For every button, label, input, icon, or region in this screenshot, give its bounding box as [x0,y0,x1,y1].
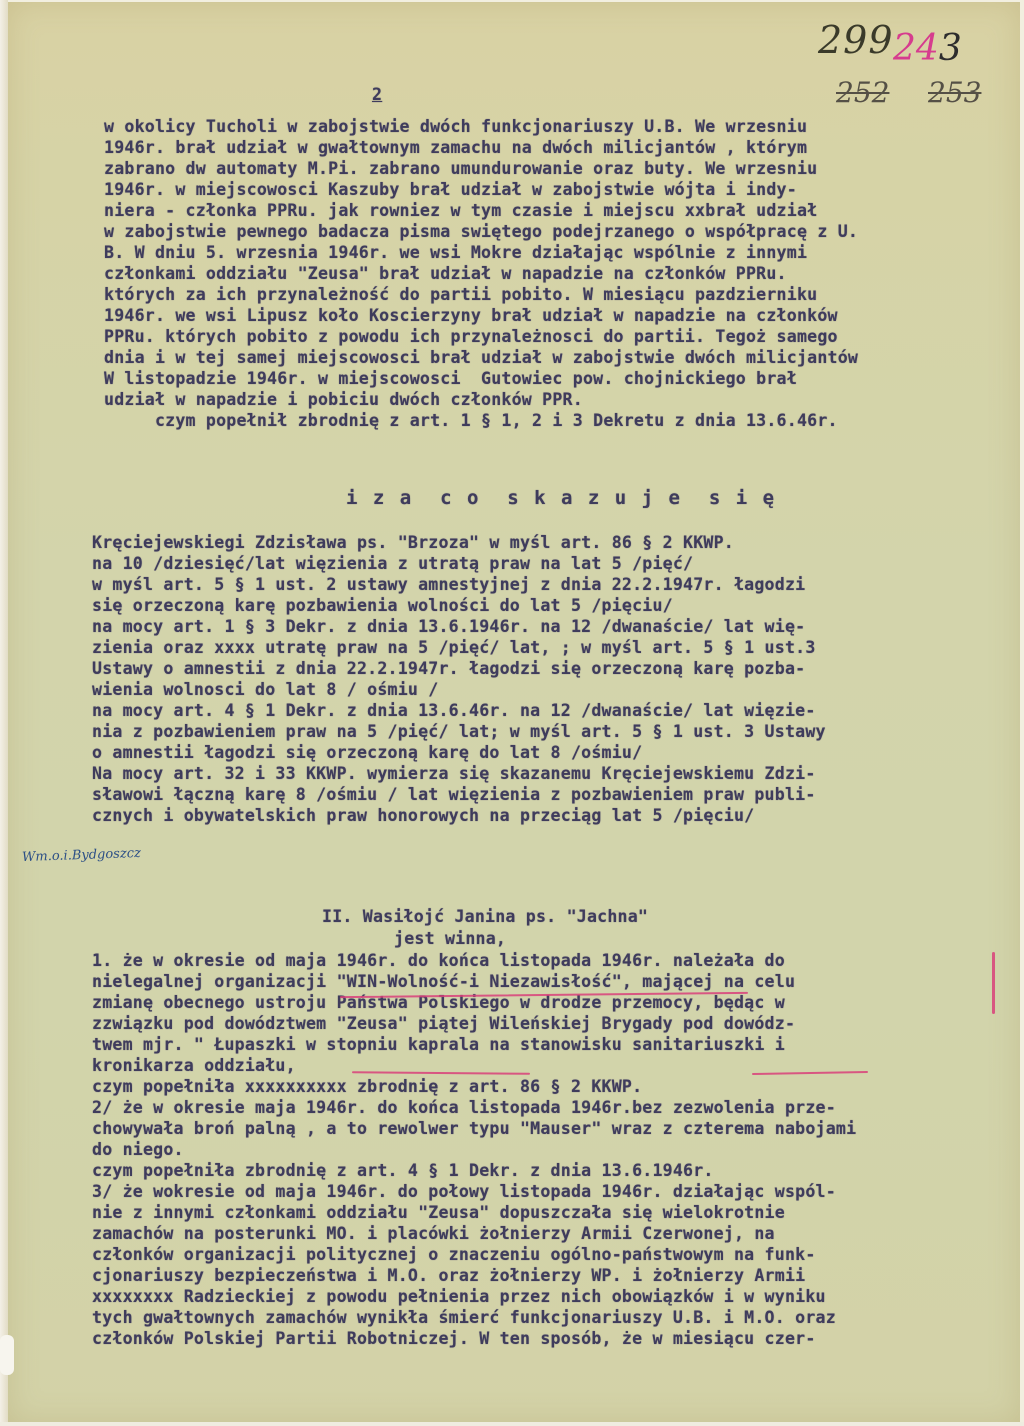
text-line: zamachów na posterunki MO. i placówki żo… [92,1223,856,1244]
text-line: dnia i w tej samej miejscowosci brał udz… [104,347,858,368]
text-line: B. W dniu 5. wrzesnia 1946r. we wsi Mokr… [104,242,858,263]
text-line: w okolicy Tucholi w zabojstwie dwóch fun… [104,116,858,137]
text-line: cjonariuszy bezpieczeństwa i M.O. oraz ż… [92,1265,856,1286]
archive-number-corrected: 243 [893,28,962,69]
pink-digit: 4 [916,28,939,69]
text-line: Na mocy art. 32 i 33 KKWP. wymierza się … [92,763,826,784]
text-line: czym popełniła zbrodnię z art. 4 § 1 Dek… [92,1160,856,1181]
text-line: których za ich przynależność do partii p… [104,284,858,305]
scan-edge-left [0,0,8,1426]
red-pencil-margin-line [992,952,995,1014]
text-line: Kręciejewskiegi Zdzisława ps. "Brzoza" w… [92,532,826,553]
text-line: do niego. [92,1139,856,1160]
text-line: członków organizacji politycznej o znacz… [92,1244,856,1265]
text-line: twem mjr. " Łupaszki w stopniu kaprala n… [92,1034,856,1055]
text-line: 1. że w okresie od maja 1946r. do końca … [92,950,856,971]
text-line: 1946r. brał udział w gwałtownym zamachu … [104,137,858,158]
text-line: członków Polskiej Partii Robotniczej. W … [92,1328,856,1349]
text-line: chowywała broń palną , a to rewolwer typ… [92,1118,856,1139]
text-line: się orzeczoną karę pozbawienia wolności … [92,595,826,616]
text-line: czym popełnił zbrodnię z art. 1 § 1, 2 i… [104,410,858,431]
verdict-subheading: jest winna, [394,928,506,949]
text-line: w myśl art. 5 § 1 ust. 2 ustawy amnestyj… [92,574,826,595]
text-line: o amnestii łagodzi się orzeczoną karę do… [92,742,826,763]
text-line: członkami oddziału "Zeusa" brał udział w… [104,263,858,284]
section-sentence-kreciejewski: Kręciejewskiegi Zdzisława ps. "Brzoza" w… [92,532,826,826]
digit: 3 [939,28,962,69]
defendant-heading: II. Wasiłojć Janina ps. "Jachna" [322,906,648,927]
text-line: PPRu. których pobito z powodu ich przyna… [104,326,858,347]
text-line: w zabojstwie pewnego badacza pisma swięt… [104,221,858,242]
sentence-heading: i z a c o s k a z u j e s i ę [346,488,776,509]
text-line: niera - członka PPRu. jak rowniez w tym … [104,200,858,221]
archive-number: 299 [818,18,894,62]
text-line: 1946r. w miejscowosci Kaszuby brał udzia… [104,179,858,200]
text-line: 1946r. we wsi Lipusz koło Koscierzyny br… [104,305,858,326]
text-line: W listopadzie 1946r. w miejscowosci Guto… [104,368,858,389]
archive-number-struck: 253 [928,76,981,109]
text-line: zzwiązku pod dowództwem "Zeusa" piątej W… [92,1013,856,1034]
text-line: zienia oraz xxxx utratę praw na 5 /pięć/… [92,637,826,658]
text-line: na mocy art. 1 § 3 Dekr. z dnia 13.6.194… [92,616,826,637]
text-line: zabrano dw automaty M.Pi. zabrano umundu… [104,158,858,179]
text-line: nie z innymi członkami oddziału "Zeusa" … [92,1202,856,1223]
text-line: na mocy art. 4 § 1 Dekr. z dnia 13.6.46r… [92,700,826,721]
scan-edge-bottom [0,1422,1024,1426]
text-line: 2/ że w okresie maja 1946r. do końca lis… [92,1097,856,1118]
archive-number-struck: 252 [836,76,889,109]
text-line: sławowi łączną karę 8 /ośmiu / lat więzi… [92,784,826,805]
section-charges-wasilojc: 1. że w okresie od maja 1946r. do końca … [92,950,856,1349]
text-line: tych gwałtownych zamachów wynikła śmierć… [92,1307,856,1328]
text-line: Ustawy o amnestii z dnia 22.2.1947r. łag… [92,658,826,679]
text-line: xxxxxxxx Radzieckiej z powodu pełnienia … [92,1286,856,1307]
text-line: udział w napadzie i pobiciu dwóch członk… [104,389,858,410]
text-line: wienia wolnosci do lat 8 / ośmiu / [92,679,826,700]
pink-digit: 2 [893,28,916,69]
section-charges-continued: w okolicy Tucholi w zabojstwie dwóch fun… [104,116,858,431]
text-line: czym popełniła xxxxxxxxxx zbrodnię z art… [92,1076,856,1097]
page-number: 2 [372,84,382,105]
text-line: cznych i obywatelskich praw honorowych n… [92,805,826,826]
text-line: 3/ że wokresie od maja 1946r. do połowy … [92,1181,856,1202]
text-line: nia z pozbawieniem praw na 5 /pięć/ lat;… [92,721,826,742]
text-line: na 10 /dziesięć/lat więzienia z utratą p… [92,553,826,574]
scan-glare [0,1335,14,1375]
text-line: nielegalnej organizacji "WIN-Wolność-i N… [92,971,856,992]
